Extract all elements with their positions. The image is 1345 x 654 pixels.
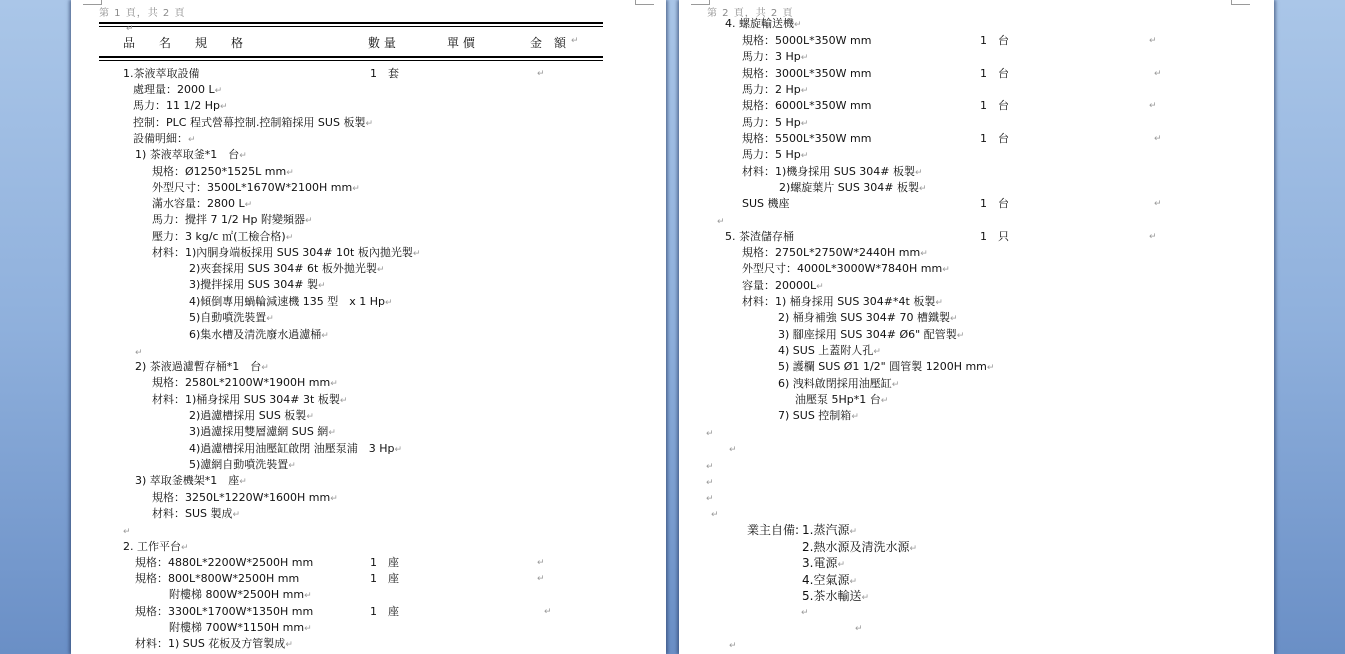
line-text: 材料：1)機身採用 SUS 304# 板製	[742, 165, 915, 178]
paragraph-mark: ↵	[304, 624, 312, 634]
document-line: 1.茶液萃取設備	[123, 67, 200, 81]
paragraph-mark: ↵	[181, 543, 189, 553]
paragraph-mark: ↵	[717, 217, 725, 227]
document-line: 2)夾套採用 SUS 304# 6t 板外拋光製↵	[189, 262, 384, 277]
document-line: 5)自動噴洗裝置↵	[189, 311, 274, 326]
document-line: 規格：5000L*350W mm	[742, 34, 871, 48]
document-line: 滿水容量：2800 L↵	[152, 197, 252, 212]
line-text: 材料：1) SUS 花板及方管製成	[135, 637, 285, 650]
document-line: 3) 萃取釜機架*1 座↵	[135, 474, 247, 489]
document-line: 4) SUS 上蓋附人孔↵	[778, 344, 881, 359]
paragraph-mark: ↵	[220, 102, 228, 112]
item-text: 2.熱水源及清洗水源	[802, 540, 909, 554]
paragraph-mark: ↵	[837, 560, 845, 570]
line-text: 外型尺寸：3500L*1670W*2100H mm	[152, 181, 352, 194]
document-line: 2. 工作平台↵	[123, 540, 189, 555]
document-line: 3)攪拌採用 SUS 304# 製↵	[189, 278, 326, 293]
line-text: 2)螺旋葉片 SUS 304# 板製	[779, 181, 919, 194]
paragraph-mark: ↵	[942, 265, 950, 275]
paragraph-mark: ↵	[188, 135, 196, 145]
empty-paragraph: ↵	[711, 507, 719, 522]
paragraph-mark: ↵	[711, 510, 719, 520]
document-line: 2) 桶身補強 SUS 304# 70 槽鐵製↵	[778, 311, 958, 326]
paragraph-mark: ↵	[330, 494, 338, 504]
line-text: 設備明細：	[133, 132, 188, 145]
line-text: 6) 洩料啟閉採用油壓缸	[778, 377, 892, 390]
document-line: 材料：1)內胴身端板採用 SUS 304# 10t 板內拋光製↵	[152, 246, 420, 261]
paragraph-mark: ↵	[851, 412, 859, 422]
quantity-cell: 1 座	[370, 572, 399, 586]
line-text: 材料：1)桶身採用 SUS 304# 3t 板製	[152, 393, 340, 406]
paragraph-mark: ↵	[915, 168, 923, 178]
quantity-cell: 1 只	[980, 230, 1009, 244]
paragraph-mark: ↵	[957, 331, 965, 341]
line-text: 4. 螺旋輸送機	[725, 17, 794, 30]
line-text: 規格：3300L*1700W*1350H mm	[135, 605, 313, 618]
document-line: 規格：Ø1250*1525L mm↵	[152, 165, 294, 180]
paragraph-mark: ↵	[135, 348, 143, 358]
paragraph-mark: ↵	[306, 412, 314, 422]
line-text: 規格：6000L*350W mm	[742, 99, 871, 112]
document-line: 3)過濾採用雙層濾網 SUS 網↵	[189, 425, 336, 440]
document-line: 馬力：攪拌 7 1/2 Hp 附變頻器↵	[152, 213, 313, 228]
line-text: 規格：4880L*2200W*2500H mm	[135, 556, 313, 569]
line-text: 規格：2750L*2750W*2440H mm	[742, 246, 920, 259]
line-text: 材料：1)內胴身端板採用 SUS 304# 10t 板內拋光製	[152, 246, 413, 259]
paragraph-mark: ↵	[305, 216, 313, 226]
paragraph-mark: ↵	[352, 184, 360, 194]
document-line: 附樓梯 700W*1150H mm↵	[169, 621, 312, 636]
paragraph-mark: ↵	[729, 639, 737, 653]
document-line: 規格：6000L*350W mm	[742, 99, 871, 113]
paragraph-mark: ↵	[909, 544, 917, 554]
empty-paragraph: ↵	[135, 345, 143, 360]
document-line: 5)濾網自動噴洗裝置↵	[189, 458, 296, 473]
line-text: 馬力：攪拌 7 1/2 Hp 附變頻器	[152, 213, 305, 226]
document-line: 規格：4880L*2200W*2500H mm	[135, 556, 313, 570]
line-text: 2)夾套採用 SUS 304# 6t 板外拋光製	[189, 262, 377, 275]
document-line: 4)過濾槽採用油壓缸啟閉 油壓泵浦 3 Hp↵	[189, 442, 402, 457]
quantity-cell: 1 台	[980, 197, 1009, 211]
paragraph-mark: ↵	[1149, 34, 1157, 48]
empty-paragraph: ↵	[123, 524, 131, 539]
paragraph-mark: ↵	[385, 298, 393, 308]
line-text: 規格：5000L*350W mm	[742, 34, 871, 47]
line-text: 2. 工作平台	[123, 540, 181, 553]
document-page-2[interactable]: 第 2 頁，共 2 頁 4. 螺旋輸送機↵規格：5000L*350W mm1 台…	[679, 0, 1274, 654]
line-text: 6)集水槽及清洗廢水過濾桶	[189, 328, 321, 341]
document-line: 馬力：5 Hp↵	[742, 116, 808, 131]
line-text: 2) 桶身補強 SUS 304# 70 槽鐵製	[778, 311, 950, 324]
header-double-rule-bottom	[99, 56, 603, 61]
line-text: 3)過濾採用雙層濾網 SUS 網	[189, 425, 328, 438]
line-text: 處理量：2000 L	[133, 83, 215, 96]
empty-paragraph: ↵	[706, 459, 714, 474]
margin-corner-mark	[1231, 0, 1250, 5]
line-text: 4) SUS 上蓋附人孔	[778, 344, 873, 357]
line-text: 規格：2580L*2100W*1900H mm	[152, 376, 330, 389]
document-line: 附樓梯 800W*2500H mm↵	[169, 588, 312, 603]
paragraph-mark: ↵	[801, 151, 809, 161]
paragraph-mark: ↵	[233, 510, 241, 520]
document-line: 規格：800L*800W*2500H mm	[135, 572, 299, 586]
line-text: 容量：20000L	[742, 279, 816, 292]
paragraph-mark: ↵	[377, 265, 385, 275]
line-text: 規格：3000L*350W mm	[742, 67, 871, 80]
quantity-cell: 1 台	[980, 132, 1009, 146]
line-text: 壓力：3 kg/c ㎡(工檢合格)	[152, 230, 286, 243]
document-line: 規格：2580L*2100W*1900H mm↵	[152, 376, 338, 391]
column-header-quantity: 數 量	[368, 34, 396, 51]
document-line: 材料：1)桶身採用 SUS 304# 3t 板製↵	[152, 393, 347, 408]
owner-supplied-label: 業主自備:	[747, 523, 799, 537]
paragraph-mark: ↵	[855, 622, 863, 636]
owner-supplied-item: 3.電源↵	[802, 556, 845, 572]
paragraph-mark: ↵	[729, 445, 737, 455]
paragraph-mark: ↵	[801, 119, 809, 129]
paragraph-mark: ↵	[395, 445, 403, 455]
owner-supplied-item: 4.空氣源↵	[802, 573, 857, 589]
paragraph-mark: ↵	[328, 428, 336, 438]
paragraph-mark: ↵	[706, 478, 714, 488]
document-line: 4)傾倒專用蝸輪減速機 135 型 x 1 Hp↵	[189, 295, 393, 310]
paragraph-mark: ↵	[123, 527, 131, 537]
owner-supplied-item: 2.熱水源及清洗水源↵	[802, 540, 917, 556]
document-line: 1) 茶液萃取釜*1 台↵	[135, 148, 247, 163]
line-text: 規格：Ø1250*1525L mm	[152, 165, 286, 178]
line-text: 馬力：5 Hp	[742, 116, 801, 129]
paragraph-mark: ↵	[861, 593, 869, 603]
line-text: 材料：SUS 製成	[152, 507, 233, 520]
paragraph-mark: ↵	[571, 36, 579, 46]
paragraph-mark: ↵	[365, 119, 373, 129]
empty-paragraph: ↵	[717, 214, 725, 229]
paragraph-mark: ↵	[801, 86, 809, 96]
quantity-cell: 1 座	[370, 556, 399, 570]
empty-paragraph: ↵	[706, 475, 714, 490]
paragraph-mark: ↵	[794, 20, 802, 30]
paragraph-mark: ↵	[413, 249, 421, 259]
document-line: 油壓泵 5Hp*1 台↵	[795, 393, 888, 408]
paragraph-mark: ↵	[266, 314, 274, 324]
paragraph-mark: ↵	[849, 527, 857, 537]
document-line: 5. 茶渣儲存桶	[725, 230, 794, 244]
line-text: 2)過濾槽採用 SUS 板製	[189, 409, 306, 422]
document-line: 外型尺寸：3500L*1670W*2100H mm↵	[152, 181, 360, 196]
margin-corner-mark	[635, 0, 654, 5]
line-text: 5. 茶渣儲存桶	[725, 230, 794, 243]
quantity-cell: 1 座	[370, 605, 399, 619]
paragraph-mark: ↵	[537, 67, 545, 81]
paragraph-mark: ↵	[706, 462, 714, 472]
document-line: 材料：1) SUS 花板及方管製成↵	[135, 637, 293, 652]
document-line: 外型尺寸：4000L*3000W*7840H mm↵	[742, 262, 950, 277]
paragraph-mark: ↵	[239, 151, 247, 161]
document-line: 2)過濾槽採用 SUS 板製↵	[189, 409, 314, 424]
paragraph-mark: ↵	[321, 331, 329, 341]
item-text: 3.電源	[802, 556, 837, 570]
line-text: 7) SUS 控制箱	[778, 409, 851, 422]
paragraph-mark: ↵	[892, 380, 900, 390]
line-text: 馬力：3 Hp	[742, 50, 801, 63]
paragraph-mark: ↵	[215, 86, 223, 96]
line-text: 油壓泵 5Hp*1 台	[795, 393, 881, 406]
document-line: 馬力：2 Hp↵	[742, 83, 808, 98]
paragraph-mark: ↵	[950, 314, 958, 324]
document-line: 3) 腳座採用 SUS 304# Ø6" 配管製↵	[778, 328, 964, 343]
quantity-cell: 1 套	[370, 67, 399, 81]
paragraph-mark: ↵	[261, 363, 269, 373]
line-text: 馬力：5 Hp	[742, 148, 801, 161]
column-header-name-spec: 品 名 規 格	[123, 34, 243, 51]
paragraph-mark: ↵	[544, 605, 552, 619]
document-line: 壓力：3 kg/c ㎡(工檢合格)↵	[152, 230, 293, 245]
line-text: 5)自動噴洗裝置	[189, 311, 266, 324]
document-line: 規格：3250L*1220W*1600H mm↵	[152, 491, 338, 506]
paragraph-mark: ↵	[706, 494, 714, 504]
paragraph-mark: ↵	[1149, 99, 1157, 113]
paragraph-mark: ↵	[537, 572, 545, 586]
line-text: 5)濾網自動噴洗裝置	[189, 458, 288, 471]
document-line: 材料：1)機身採用 SUS 304# 板製↵	[742, 165, 923, 180]
paragraph-mark: ↵	[340, 396, 348, 406]
document-line: 規格：3000L*350W mm	[742, 67, 871, 81]
document-line: 6) 洩料啟閉採用油壓缸↵	[778, 377, 899, 392]
paragraph-mark: ↵	[919, 184, 927, 194]
line-text: 馬力：2 Hp	[742, 83, 801, 96]
paragraph-mark: ↵	[816, 282, 824, 292]
paragraph-mark: ↵	[801, 606, 809, 620]
document-line: 規格：3300L*1700W*1350H mm	[135, 605, 313, 619]
document-line: 馬力：3 Hp↵	[742, 50, 808, 65]
paragraph-mark: ↵	[330, 379, 338, 389]
paragraph-mark: ↵	[537, 556, 545, 570]
paragraph-mark: ↵	[849, 577, 857, 587]
line-text: 控制：PLC 程式營幕控制.控制箱採用 SUS 板製	[133, 116, 365, 129]
paragraph-mark: ↵	[286, 233, 294, 243]
document-line: 處理量：2000 L↵	[133, 83, 222, 98]
paragraph-mark: ↵	[304, 591, 312, 601]
paragraph-mark: ↵	[318, 281, 326, 291]
document-line: 材料：SUS 製成↵	[152, 507, 240, 522]
page-indicator: 第 1 頁，共 2 頁	[99, 4, 185, 19]
quantity-cell: 1 台	[980, 99, 1009, 113]
paragraph-mark: ↵	[288, 461, 296, 471]
document-line: 4. 螺旋輸送機↵	[725, 17, 802, 32]
line-text: 1) 茶液萃取釜*1 台	[135, 148, 239, 161]
paragraph-mark: ↵	[1149, 230, 1157, 244]
empty-paragraph: ↵	[706, 491, 714, 506]
paragraph-mark: ↵	[239, 477, 247, 487]
header-double-rule-top	[99, 22, 603, 27]
document-page-1[interactable]: 第 1 頁，共 2 頁 ↵ 品 名 規 格 數 量 單 價 金 額 ↵ 1.茶液…	[71, 0, 666, 654]
document-line: 規格：5500L*350W mm	[742, 132, 871, 146]
paragraph-mark: ↵	[126, 24, 134, 34]
line-text: 材料：1) 桶身採用 SUS 304#*4t 板製	[742, 295, 935, 308]
owner-supplied-item: 1.蒸汽源↵	[802, 523, 857, 539]
item-text: 5.茶水輸送	[802, 589, 861, 603]
line-text: 3) 腳座採用 SUS 304# Ø6" 配管製	[778, 328, 957, 341]
paragraph-mark: ↵	[1154, 67, 1162, 81]
document-line: 5) 護欄 SUS Ø1 1/2" 圓管製 1200H mm↵	[778, 360, 994, 375]
item-text: 1.蒸汽源	[802, 523, 849, 537]
paragraph-mark: ↵	[1154, 132, 1162, 146]
line-text: 規格：800L*800W*2500H mm	[135, 572, 299, 585]
empty-paragraph: ↵	[729, 442, 737, 457]
document-line: 材料：1) 桶身採用 SUS 304#*4t 板製↵	[742, 295, 943, 310]
paragraph-mark: ↵	[285, 640, 293, 650]
paragraph-mark: ↵	[920, 249, 928, 259]
line-text: 規格：3250L*1220W*1600H mm	[152, 491, 330, 504]
line-text: 附樓梯 800W*2500H mm	[169, 588, 304, 601]
paragraph-mark: ↵	[881, 396, 889, 406]
document-line: 7) SUS 控制箱↵	[778, 409, 859, 424]
line-text: 附樓梯 700W*1150H mm	[169, 621, 304, 634]
line-text: 5) 護欄 SUS Ø1 1/2" 圓管製 1200H mm	[778, 360, 987, 373]
quantity-cell: 1 台	[980, 34, 1009, 48]
line-text: 1.茶液萃取設備	[123, 67, 200, 80]
paragraph-mark: ↵	[987, 363, 995, 373]
line-text: 4)過濾槽採用油壓缸啟閉 油壓泵浦 3 Hp	[189, 442, 395, 455]
document-line: 控制：PLC 程式營幕控制.控制箱採用 SUS 板製↵	[133, 116, 373, 131]
paragraph-mark: ↵	[706, 429, 714, 439]
line-text: 4)傾倒專用蝸輪減速機 135 型 x 1 Hp	[189, 295, 385, 308]
document-line: 2) 茶液過濾暫存桶*1 台↵	[135, 360, 269, 375]
document-line: 馬力：5 Hp↵	[742, 148, 808, 163]
document-line: 6)集水槽及清洗廢水過濾桶↵	[189, 328, 329, 343]
line-text: 2) 茶液過濾暫存桶*1 台	[135, 360, 261, 373]
document-line: SUS 機座	[742, 197, 790, 211]
paragraph-mark: ↵	[801, 53, 809, 63]
line-text: SUS 機座	[742, 197, 790, 210]
owner-supplied-item: 5.茶水輸送↵	[802, 589, 869, 605]
paragraph-mark: ↵	[1154, 197, 1162, 211]
document-line: 馬力：11 1/2 Hp↵	[133, 99, 228, 114]
document-line: 容量：20000L↵	[742, 279, 824, 294]
paragraph-mark: ↵	[935, 298, 943, 308]
paragraph-mark: ↵	[245, 200, 253, 210]
item-text: 4.空氣源	[802, 573, 849, 587]
document-line: 2)螺旋葉片 SUS 304# 板製↵	[779, 181, 927, 196]
line-text: 3)攪拌採用 SUS 304# 製	[189, 278, 318, 291]
line-text: 外型尺寸：4000L*3000W*7840H mm	[742, 262, 942, 275]
column-header-amount: 金 額	[530, 34, 566, 51]
document-line: 規格：2750L*2750W*2440H mm↵	[742, 246, 928, 261]
document-line: 設備明細：↵	[133, 132, 196, 147]
paragraph-mark: ↵	[286, 168, 294, 178]
line-text: 馬力：11 1/2 Hp	[133, 99, 220, 112]
line-text: 規格：5500L*350W mm	[742, 132, 871, 145]
column-header-unit-price: 單 價	[447, 34, 475, 51]
quantity-cell: 1 台	[980, 67, 1009, 81]
line-text: 滿水容量：2800 L	[152, 197, 245, 210]
line-text: 3) 萃取釜機架*1 座	[135, 474, 239, 487]
empty-paragraph: ↵	[706, 426, 714, 441]
paragraph-mark: ↵	[873, 347, 881, 357]
